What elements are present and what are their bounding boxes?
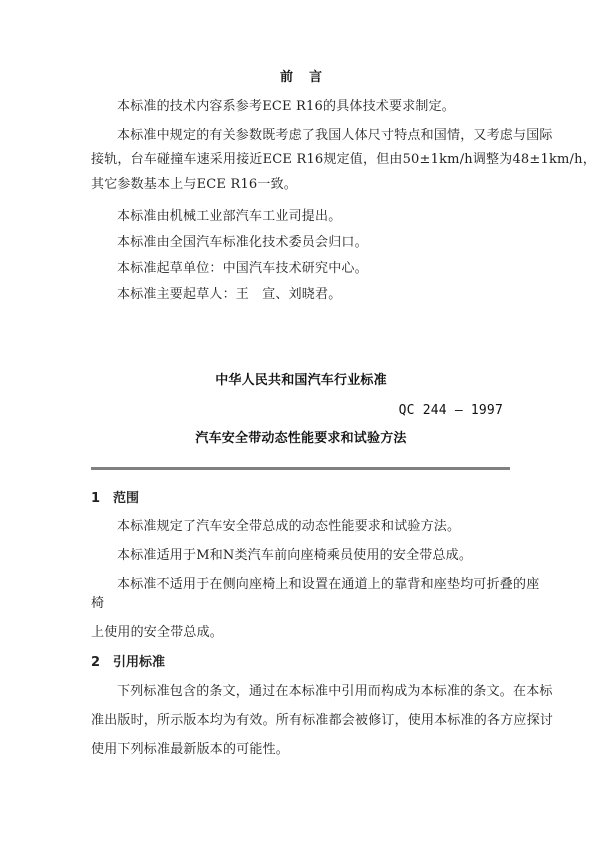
foreword-paragraph-2-line-3: 其它参数基本上与ECE R16一致。 — [91, 177, 511, 193]
section-1-line-3: 本标准不适用于在侧向座椅上和设置在通道上的靠背和座垫均可折叠的座 — [117, 577, 511, 593]
section-2-title: 引用标准 — [113, 655, 165, 670]
section-1-line-2: 本标准适用于M和N类汽车前向座椅乘员使用的安全带总成。 — [117, 548, 511, 564]
foreword-paragraph-administrator: 本标准由全国汽车标准化技术委员会归口。 — [117, 235, 511, 251]
foreword-paragraph-2-line-2: 接轨，台车碰撞车速采用接近ECE R16规定值，但由50±1km/h调整为48±… — [91, 152, 511, 168]
section-2-number: 2 — [91, 655, 113, 671]
foreword-title-char-1: 前 — [280, 70, 293, 85]
section-1-line-4: 椅 — [91, 596, 511, 612]
section-1-title: 范围 — [113, 491, 139, 506]
section-2-line-3: 使用下列标准最新版本的可能性。 — [91, 742, 511, 758]
standard-issuer: 中华人民共和国汽车行业标准 — [91, 373, 511, 389]
header-divider — [91, 467, 510, 470]
foreword-title-char-2: 言 — [309, 70, 322, 85]
foreword-paragraph-2-line-1: 本标准中规定的有关参数既考虑了我国人体尺寸特点和国情，又考虑与国际 — [117, 128, 511, 144]
section-2-line-2: 准出版时，所示版本均为有效。所有标准都会被修订，使用本标准的各方应探讨 — [91, 713, 511, 729]
section-1-number: 1 — [91, 491, 113, 507]
section-1-line-5: 上使用的安全带总成。 — [91, 625, 511, 641]
section-2-line-1: 下列标准包含的条文，通过在本标准中引用而构成为本标准的条文。在本标 — [117, 684, 511, 700]
standard-title: 汽车安全带动态性能要求和试验方法 — [91, 431, 511, 447]
section-1-heading: 1范围 — [91, 491, 139, 507]
section-2-heading: 2引用标准 — [91, 655, 165, 671]
section-1-line-1: 本标准规定了汽车安全带总成的动态性能要求和试验方法。 — [117, 519, 511, 535]
foreword-paragraph-proposer: 本标准由机械工业部汽车工业司提出。 — [117, 209, 511, 225]
foreword-paragraph-1: 本标准的技术内容系参考ECE R16的具体技术要求制定。 — [117, 99, 511, 115]
foreword-title: 前言 — [91, 70, 511, 86]
document-page: 前言 本标准的技术内容系参考ECE R16的具体技术要求制定。 本标准中规定的有… — [0, 0, 600, 849]
foreword-paragraph-drafters: 本标准主要起草人：王 宣、刘晓君。 — [117, 287, 511, 303]
foreword-paragraph-drafting-unit: 本标准起草单位：中国汽车技术研究中心。 — [117, 261, 511, 277]
standard-code: QC 244 — 1997 — [91, 403, 503, 419]
